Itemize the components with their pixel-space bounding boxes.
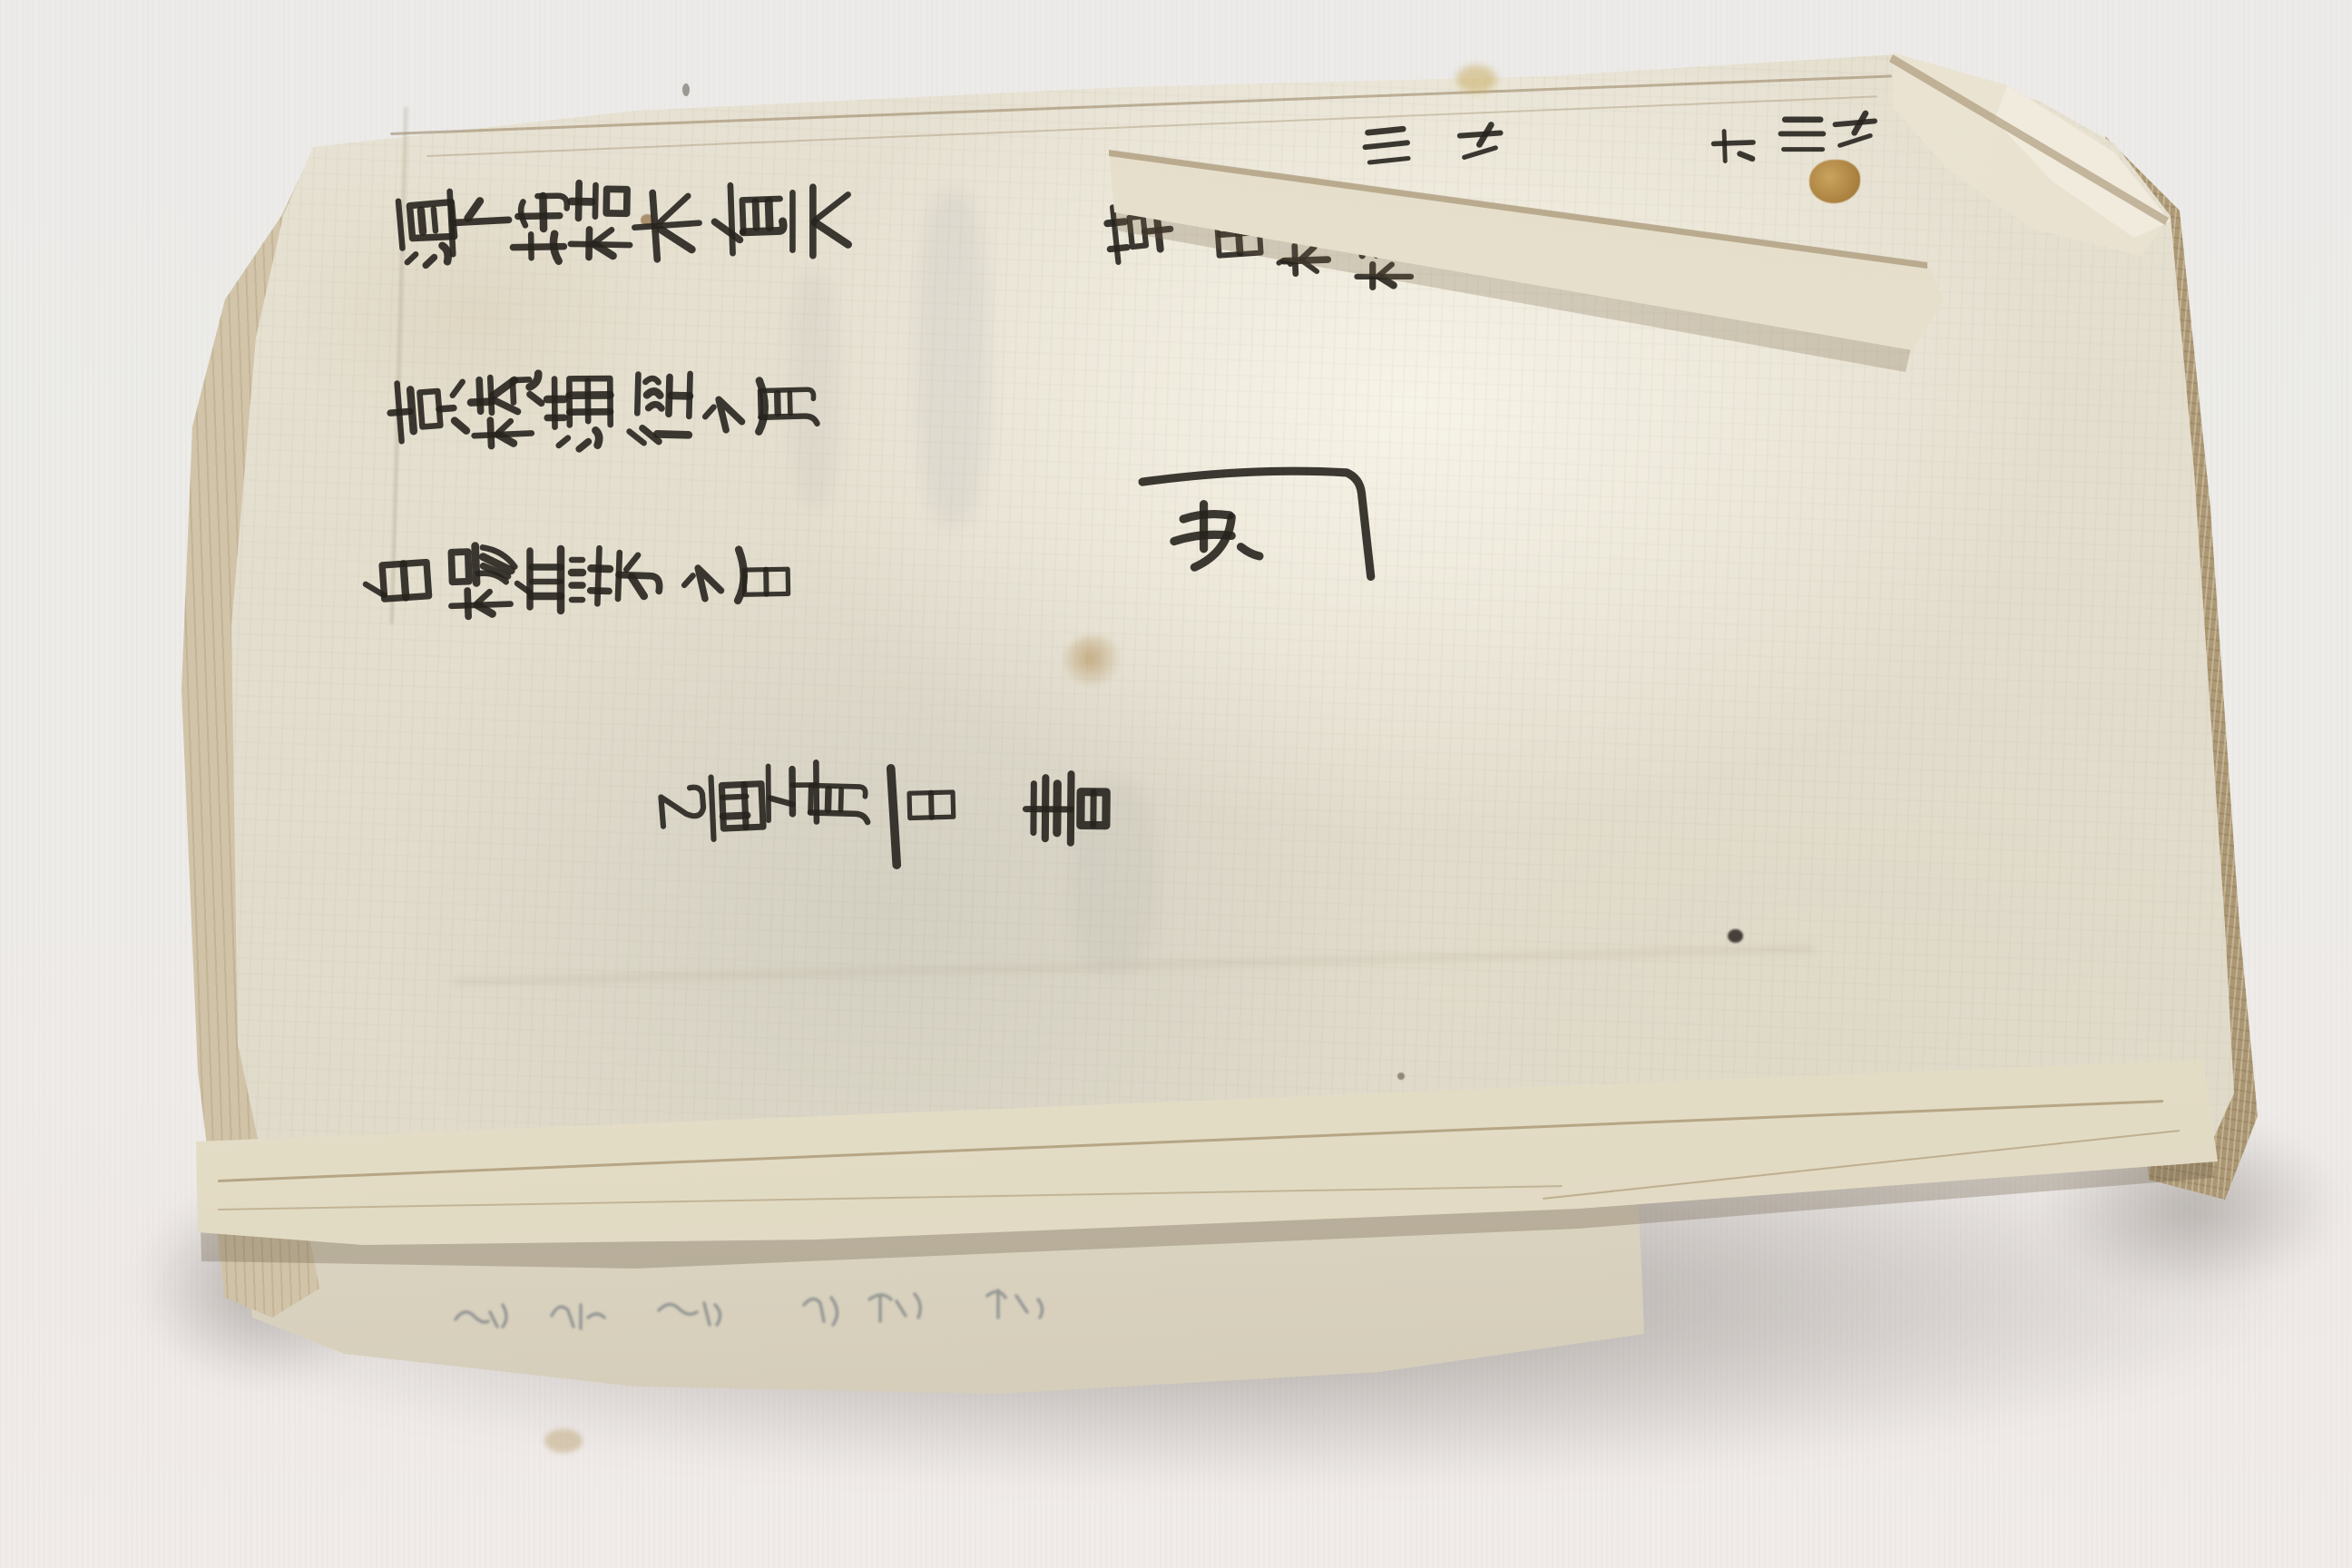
- brush-character: [772, 176, 865, 269]
- brush-character: [1823, 90, 1900, 167]
- brush-character: [749, 366, 828, 446]
- brush-character: [730, 545, 804, 619]
- photo-of-manuscript: [0, 0, 2352, 1568]
- brush-character: [896, 769, 970, 843]
- large-brush-character: [1121, 437, 1402, 642]
- brush-character: [1447, 101, 1524, 178]
- brush-character: [1703, 108, 1774, 179]
- brush-character: [1020, 760, 1119, 859]
- brush-character: [582, 531, 677, 626]
- brush-character: [1350, 107, 1428, 185]
